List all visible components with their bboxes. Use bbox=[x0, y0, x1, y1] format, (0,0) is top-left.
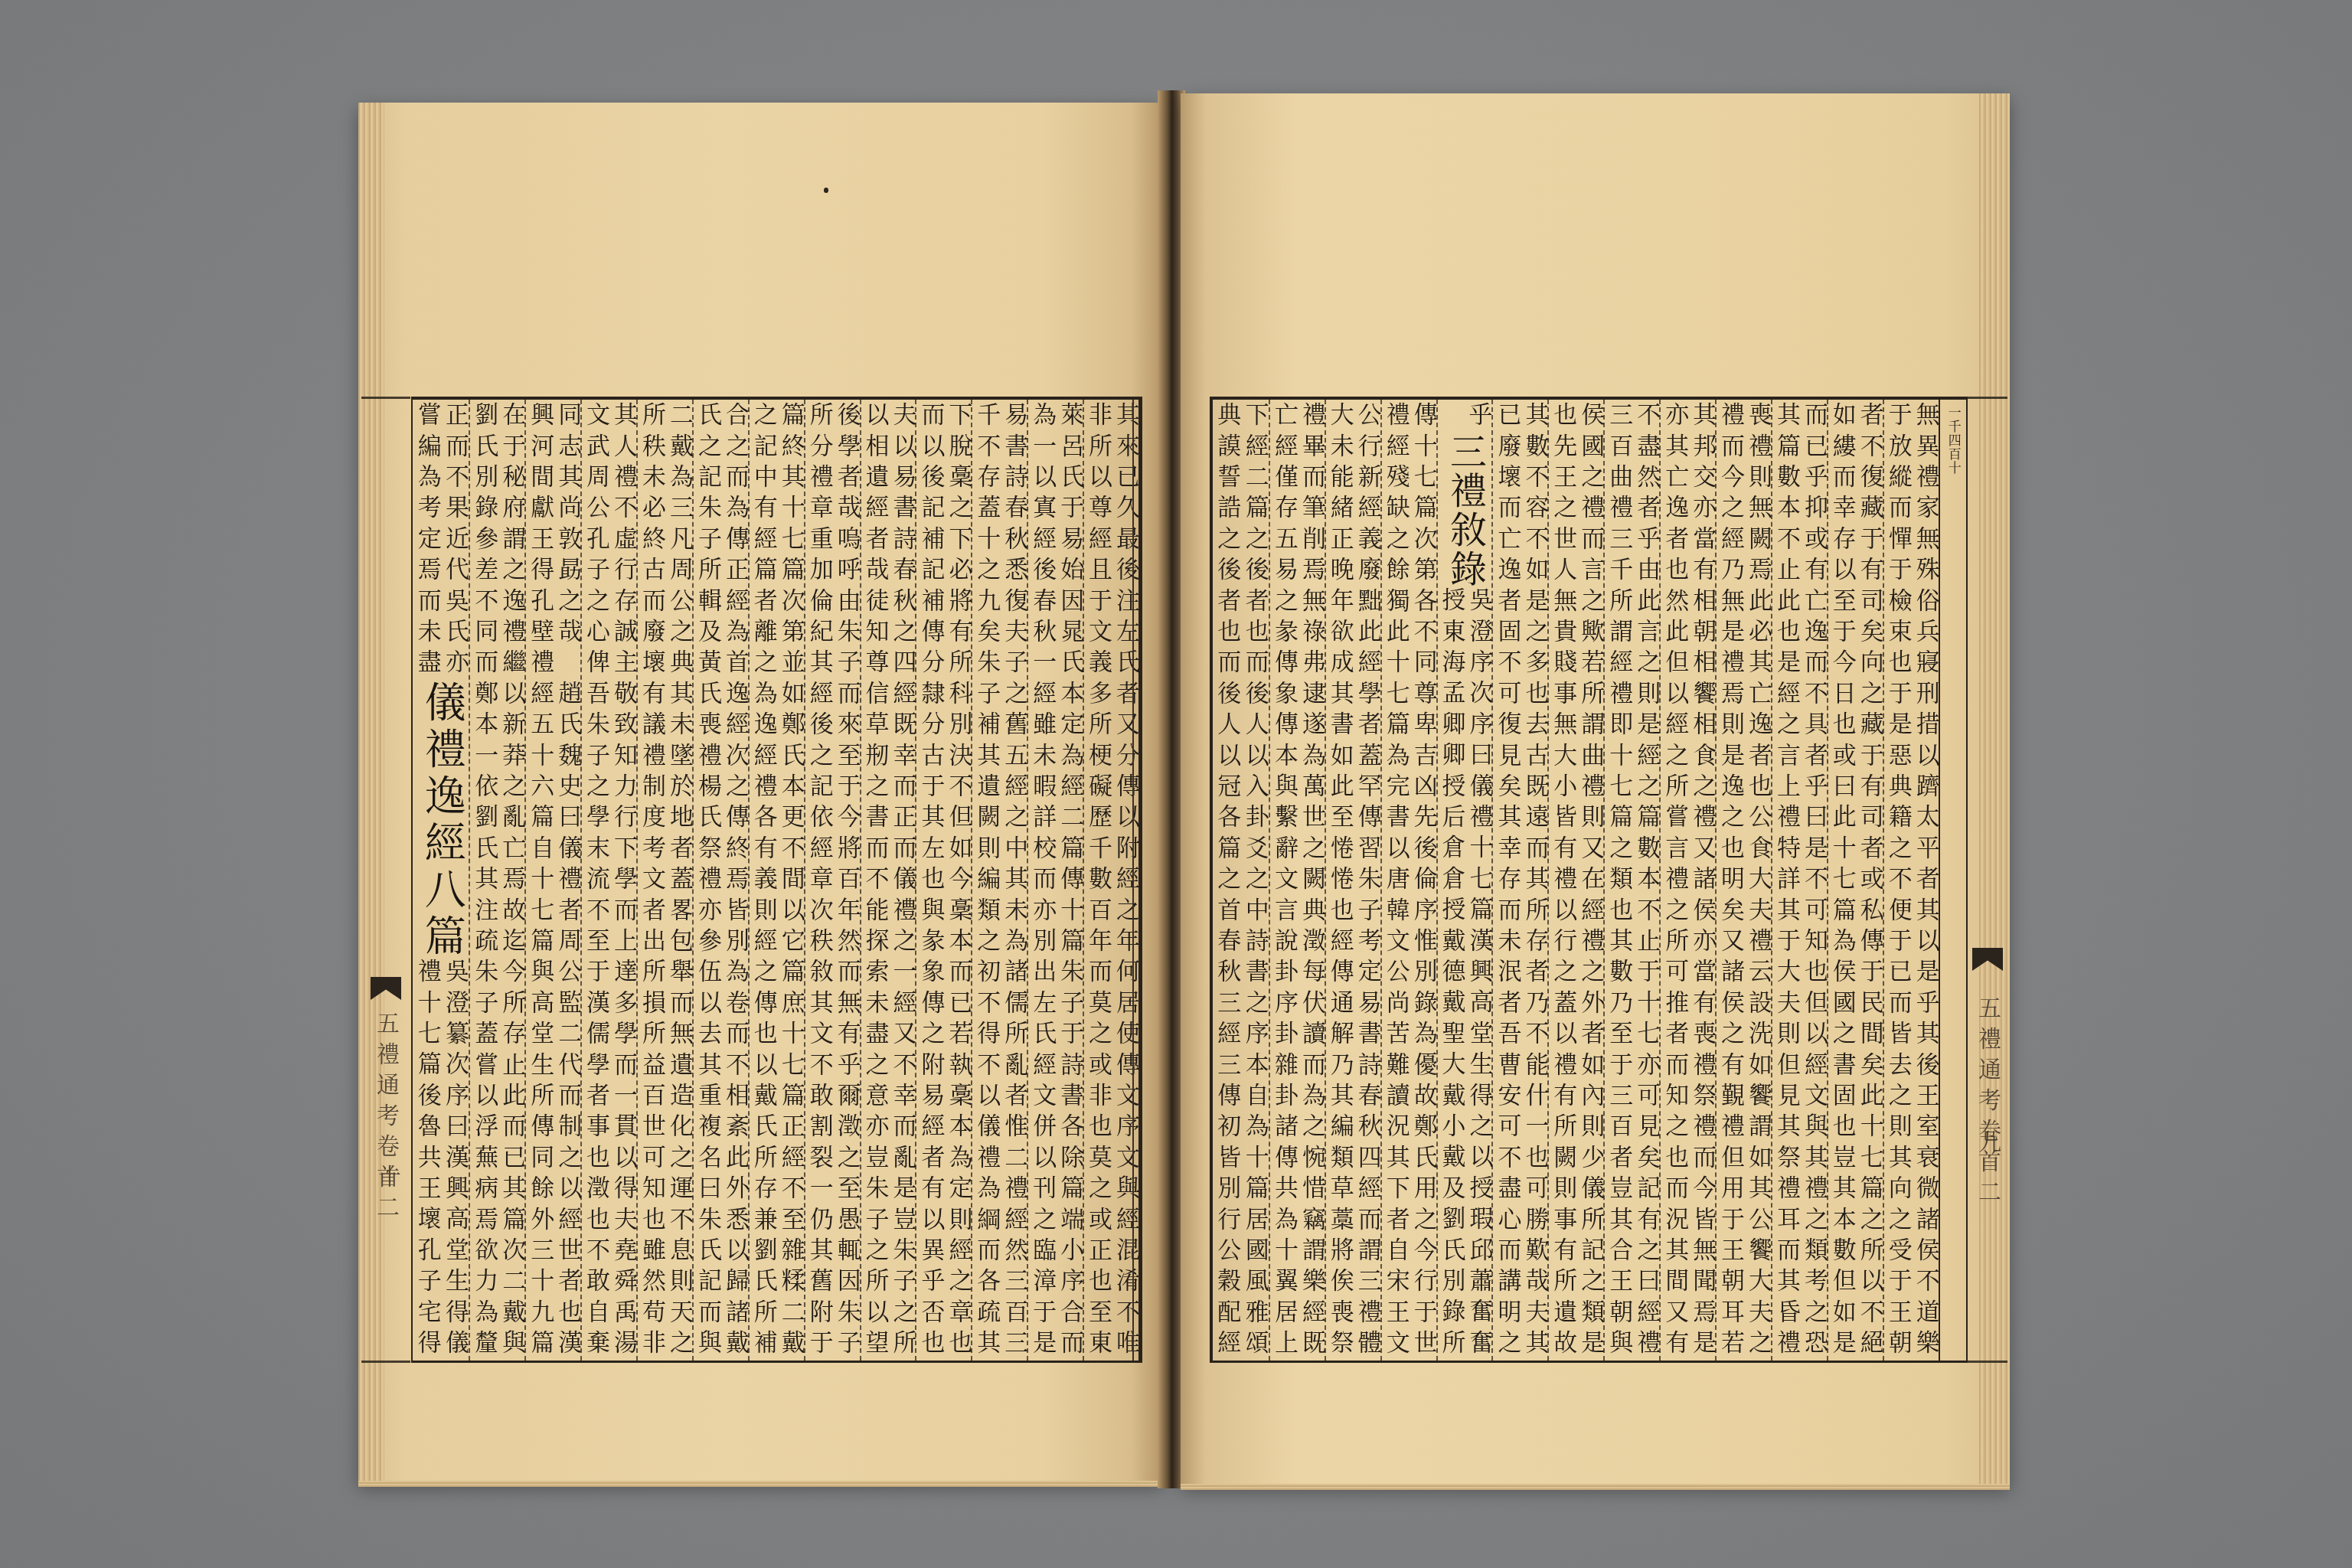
text-line: 而以後記補記補傳分隸分古于其左也與彖象傳之附易經者有以異乎否也 bbox=[916, 402, 944, 1361]
text-line bbox=[1438, 402, 1465, 433]
text-line: 其篇數本不止此也是經之言上禮特詳其于大夫則但見其祭禮耳而其昏禮 bbox=[1772, 402, 1800, 1361]
text-line: 篇終其十七篇次第並如鄭氏本更不間以它篇庶十七篇正經不至雜糅二戴 bbox=[777, 402, 805, 1361]
preceding-text: 正而不果近代吳氏亦 嘗編為考定焉而未盡 bbox=[413, 402, 469, 681]
text-line: 傳十七篇次第各不同尊卑吉凶先後倫序惟別錄為優故鄭氏用之今行于世 bbox=[1410, 402, 1437, 1361]
text-line: 興河間獻王得孔壁禮經五十六篇自十七篇與高堂生所傳同餘外三十九篇 bbox=[526, 402, 554, 1361]
text-column: 同志其尚敦勗之哉 趙氏魏史曰儀禮者周公監二代而制之以經世者也漢 興河間獻王得孔壁… bbox=[524, 400, 580, 1361]
folio-number: 十 bbox=[374, 1165, 400, 1187]
text-line: 其邦交亦當有相朝相饗相食之禮又諸侯亦當有喪禮祭禮而今皆無聞焉是 bbox=[1688, 402, 1716, 1361]
heading-column: 正而不果近代吳氏亦 嘗編為考定焉而未盡 儀禮逸經八篇 吳澄纂次序曰漢興高堂生得儀… bbox=[413, 400, 469, 1361]
text-column: 喪禮則無闕焉此必其亡逸者也公食大夫禮云設洗如饗謂如其公饗大夫之 禮而今之經乃無是… bbox=[1715, 400, 1771, 1361]
text-line: 以相遺經者哉徒知尊信草剏之書而不能探索未盡之意亦豈朱子之所以望 bbox=[861, 402, 889, 1361]
fold-margin: 五禮通考卷首二 九 bbox=[1968, 397, 2007, 1363]
text-column: 而已乎抑或有亡逸而不具者乎曰是不可知也但以經文與其禮之類考之恐 其篇數本不止此也… bbox=[1771, 400, 1827, 1361]
running-title: 五禮通考卷首二 bbox=[372, 1011, 398, 1226]
text-line: 禮經殘缺之餘獨此十七篇為完書以唐韓文公尚苦難讀況其下者自宋王文 bbox=[1382, 402, 1410, 1361]
text-column: 其邦交亦當有相朝相饗相食之禮又諸侯亦當有喪禮祭禮而今皆無聞焉是 亦其亡逸者也然此… bbox=[1659, 400, 1715, 1361]
text-column: 篇終其十七篇次第並如鄭氏本更不間以它篇庶十七篇正經不至雜糅二戴 之記中有經篇者離… bbox=[748, 400, 804, 1361]
text-line: 為一以寘經後春秋一經雖未暇詳校而亦別出左氏經文併以刊之臨漳于是 bbox=[1028, 402, 1056, 1361]
text-line: 易書詩春秋悉復夫子之舊五經之中其未為諸儒所亂者惟二禮經然三百三 bbox=[1000, 402, 1027, 1361]
text-line: 已廢壞而亡逸者固不可復見矣其幸存而未泯者吾曹安可不盡心而講明之 bbox=[1493, 402, 1521, 1361]
annotation-line: 禮十七篇後魯共王壞孔子宅得 bbox=[413, 959, 441, 1361]
text-line: 亡經僅存五易之彖傳象傳本與繫辭文言說卦序卦雜卦諸傳共為十翼居上 bbox=[1270, 402, 1298, 1361]
fold-margin: 五禮通考卷首二 十 bbox=[361, 397, 410, 1363]
folio-number: 九 bbox=[1974, 1130, 2000, 1153]
text-line: 在于秘府謂之逸禮繼以新莽之亂亡焉故迄今所存止此而已其篇次二戴與 bbox=[498, 402, 525, 1361]
text-line: 劉氏別錄參差不同而鄭本一依劉氏其注疏朱子蓋嘗以浮蕪病焉欲力為釐 bbox=[470, 402, 498, 1361]
margin-column: 一千四百十 bbox=[1939, 400, 1966, 1361]
text-line: 文武周公孔子之心俾吾朱子之學末流不至于漢儒學者事也澂也不敢自棄 bbox=[582, 402, 609, 1361]
text-line: 如縷而幸存以至于今日也或曰此十七篇為侯國之書固也豈其本數但如是 bbox=[1828, 402, 1856, 1361]
text-column: 侯國之禮而言之歟若所謂曲禮則又在經禮之外者如內則少儀所記之類是 也先王之世人無貴… bbox=[1547, 400, 1603, 1361]
text-column: 夫以易書詩春秋之四經既幸而正而儀禮之一經又不幸而亂是豈朱子之所 以相遺經者哉徒知… bbox=[860, 400, 916, 1361]
text-column: 無異禮家無殊俗兵寢刑措以躋太平者其以是乎其後王室衰微諸侯不道樂 于放縱而憚于檢束… bbox=[1883, 400, 1939, 1361]
text-line: 者不復藏于有司矣向之藏于有司者或私傳于民間矣此十七篇之所以不絕 bbox=[1856, 402, 1883, 1361]
text-line: 非所以尊經且于文義多所梗礙歷千數百年而莫之或非也莫之或正也至東 bbox=[1084, 402, 1112, 1361]
text-frame: 其來已久最後注左氏者又分傳以附經之年何居使傳文序文與經混淆不唯 非所以尊經且于文… bbox=[411, 397, 1142, 1363]
annotation-line: 吳澄序次序曰儀禮十七篇漢興高堂生得之以授瑕邱蕭奮奮 bbox=[1465, 587, 1493, 1361]
text-line: 下經二篇之後者也而後人以入卦爻之中詩書之序本自為十篇居國風雅頌 bbox=[1241, 402, 1269, 1361]
text-line: 萊呂氏于易始因晁氏本定為經二篇傳十篇朱子于詩書各除篇端小序合而 bbox=[1056, 402, 1083, 1361]
text-line: 其數不容不如是之多也去古既遠而其所存者乃不能什一也可勝歎哉夫其 bbox=[1521, 402, 1548, 1361]
text-line: 正而不果近代吳氏亦 bbox=[441, 402, 469, 681]
fishtail-mark-icon bbox=[1972, 948, 2003, 971]
text-line: 禮畢而筆削焉無祿弗逮遂為萬世之闕典澂每伏讀而為之惋惜竊謂樂經既 bbox=[1298, 402, 1325, 1361]
text-column: 禮畢而筆削焉無祿弗逮遂為萬世之闕典澂每伏讀而為之惋惜竊謂樂經既 亡經僅存五易之彖… bbox=[1269, 400, 1325, 1361]
section-heading: 三禮敘錄 bbox=[1438, 433, 1492, 587]
heading-annotation: 吳澄纂次序曰漢興高堂生得儀 禮十七篇後魯共王壞孔子宅得 bbox=[413, 959, 469, 1361]
annotation-line: 授東海孟卿卿授后倉倉授戴德戴聖大戴小戴及劉氏別錄所 bbox=[1438, 587, 1465, 1361]
text-column: 下經二篇之後者也而後人以入卦爻之中詩書之序本自為十篇居國風雅頌 典謨誓誥之後者也… bbox=[1213, 400, 1269, 1361]
text-line: 乎 bbox=[1464, 402, 1491, 433]
text-line: 也先王之世人無貴賤事無大小皆有禮以行之蓋以禮有所闕則事有所遺故 bbox=[1549, 402, 1576, 1361]
text-line: 所秩未必終古而廢壞有議禮制度考文者出所損所益百世可知也雖然苟非 bbox=[638, 402, 665, 1361]
text-line: 合之而為傳正經為首逸經次之傳終焉皆別為卷而不相紊此外悉以歸諸戴 bbox=[721, 402, 749, 1361]
text-line: 喪禮則無闕焉此必其亡逸者也公食大夫禮云設洗如饗謂如其公饗大夫之 bbox=[1744, 402, 1772, 1361]
annotation-line: 吳澄纂次序曰漢興高堂生得儀 bbox=[441, 959, 469, 1361]
text-line: 公行新經義廢黜此經學者蓋罕傳習朱子考定易書詩春秋四經而謂三禮體 bbox=[1354, 402, 1381, 1361]
text-line: 而已乎抑或有亡逸而不具者乎曰是不可知也但以經文與其禮之類考之恐 bbox=[1800, 402, 1828, 1361]
preceding-text: 乎 bbox=[1438, 402, 1492, 433]
text-column: 其來已久最後注左氏者又分傳以附經之年何居使傳文序文與經混淆不唯 非所以尊經且于文… bbox=[1083, 400, 1138, 1361]
text-line: 夫以易書詩春秋之四經既幸而正而儀禮之一經又不幸而亂是豈朱子之所 bbox=[889, 402, 916, 1361]
character-count-note: 一千四百十 bbox=[1945, 406, 1962, 1361]
text-line: 不盡然者乎由此言之則是經之篇數本不止于十七亦可見矣記有之曰經禮 bbox=[1632, 402, 1660, 1361]
book-photograph: 五禮通考卷首二 十 其來已久最後注左氏者又分傳以附經之年何居使傳文序文與經混淆不… bbox=[0, 0, 2352, 1568]
text-column: 在于秘府謂之逸禮繼以新莽之亂亡焉故迄今所存止此而已其篇次二戴與 劉氏別錄參差不同… bbox=[469, 400, 524, 1361]
text-line: 所分禮章重加倫紀其經後之記依經章次秩敘其文不敢割裂一仍其舊附于 bbox=[805, 402, 833, 1361]
text-column: 萊呂氏于易始因晁氏本定為經二篇傳十篇朱子于詩書各除篇端小序合而 為一以寘經後春秋… bbox=[1027, 400, 1083, 1361]
text-line: 于放縱而憚于檢束也于是惡典籍之不便于已而皆去之則其向之受于王朝 bbox=[1884, 402, 1912, 1361]
left-page: 五禮通考卷首二 十 其來已久最後注左氏者又分傳以附經之年何居使傳文序文與經混淆不… bbox=[358, 103, 1164, 1482]
page-bottom-edges bbox=[1181, 1484, 2010, 1490]
running-title: 五禮通考卷首二 bbox=[1974, 996, 2000, 1210]
text-line: 千不存蓋十之九矣朱子補其遺闕則編類之初不得不以儀禮為綱而各疏其 bbox=[972, 402, 1000, 1361]
text-column: 者不復藏于有司矣向之藏于有司者或私傳于民間矣此十七篇之所以不絕 如縷而幸存以至于… bbox=[1827, 400, 1883, 1361]
text-column: 其人禮不虛行存誠主敬致知力行下學而上達多學而一貫以得夫堯舜禹湯 文武周公孔子之心… bbox=[580, 400, 636, 1361]
text-line: 典謨誓誥之後者也而後人以冠各篇之首春秋三經三傳初皆別行公穀配經 bbox=[1213, 402, 1240, 1361]
text-line: 大未能緒正晚年欲成其書如此至惓惓也經傳通解乃其編類草藁將俟喪祭 bbox=[1326, 402, 1354, 1361]
text-column: 公行新經義廢黜此經學者蓋罕傳習朱子考定易書詩春秋四經而謂三禮體 大未能緒正晚年欲… bbox=[1325, 400, 1380, 1361]
text-line: 嘗編為考定焉而未盡 bbox=[413, 402, 441, 681]
text-line: 三百曲禮三千所謂經禮即十七篇之類也其數乃至于三百者豈其合王朝與 bbox=[1605, 402, 1632, 1361]
heading-column: 乎 三禮敘錄 吳澄序次序曰儀禮十七篇漢興高堂生得之以授瑕邱蕭奮奮 授東海孟卿卿授… bbox=[1436, 400, 1492, 1361]
heading-annotation: 吳澄序次序曰儀禮十七篇漢興高堂生得之以授瑕邱蕭奮奮 授東海孟卿卿授后倉倉授戴德戴… bbox=[1438, 587, 1492, 1361]
text-column: 二戴為三凡周公之典其未墜於地者蓋畧包舉而無遺造化之運不息則天之 所秩未必終古而廢… bbox=[636, 400, 692, 1361]
text-column: 下脫稾之下必將有所科別決不但如今稾本而已若執稾本為定則經之章也 而以後記補記補傳… bbox=[915, 400, 971, 1361]
text-column: 不盡然者乎由此言之則是經之篇數本不止于十七亦可見矣記有之曰經禮 三百曲禮三千所謂… bbox=[1603, 400, 1659, 1361]
text-line: 同志其尚敦勗之哉 趙氏魏史曰儀禮者周公監二代而制之以經世者也漢 bbox=[554, 402, 581, 1361]
text-line: 禮而今之經乃無是禮焉則是逸之也明矣又諸侯之有覲禮但用于王朝耳若 bbox=[1717, 402, 1744, 1361]
text-line: 二戴為三凡周公之典其未墜於地者蓋畧包舉而無遺造化之運不息則天之 bbox=[665, 402, 693, 1361]
text-line: 亦其亡逸者也然此但以經之所嘗言禮之所可推者而知之也而況其間又有 bbox=[1661, 402, 1688, 1361]
text-line: 侯國之禮而言之歟若所謂曲禮則又在經禮之外者如內則少儀所記之類是 bbox=[1576, 402, 1604, 1361]
text-line: 下脫稾之下必將有所科別決不但如今稾本而已若執稾本為定則經之章也 bbox=[944, 402, 972, 1361]
text-column: 易書詩春秋悉復夫子之舊五經之中其未為諸儒所亂者惟二禮經然三百三 千不存蓋十之九矣… bbox=[971, 400, 1027, 1361]
text-column: 其數不容不如是之多也去古既遠而其所存者乃不能什一也可勝歎哉夫其 已廢壞而亡逸者固… bbox=[1491, 400, 1547, 1361]
text-column: 合之而為傳正經為首逸經次之傳終焉皆別為卷而不相紊此外悉以歸諸戴 氏之記朱子所輯及… bbox=[692, 400, 748, 1361]
text-line: 其來已久最後注左氏者又分傳以附經之年何居使傳文序文與經混淆不唯 bbox=[1112, 402, 1139, 1361]
text-line: 無異禮家無殊俗兵寢刑措以躋太平者其以是乎其後王室衰微諸侯不道樂 bbox=[1912, 402, 1939, 1361]
text-line: 後學者哉嗚呼由朱子而來至于今將百年然而無有乎爾澂之至愚輒因朱子 bbox=[833, 402, 861, 1361]
text-line: 氏之記朱子所輯及黃氏喪禮楊氏祭禮亦參伍以去其重複名曰朱氏記而與 bbox=[694, 402, 721, 1361]
text-line: 之記中有經篇者離之為逸經禮各有義則經之傳也以戴氏所存兼劉氏所補 bbox=[750, 402, 777, 1361]
text-column: 傳十七篇次第各不同尊卑吉凶先後倫序惟別錄為優故鄭氏用之今行于世 禮經殘缺之餘獨此… bbox=[1380, 400, 1436, 1361]
text-line: 其人禮不虛行存誠主敬致知力行下學而上達多學而一貫以得夫堯舜禹湯 bbox=[609, 402, 637, 1361]
section-heading: 儀禮逸經八篇 bbox=[413, 681, 469, 959]
ink-spot bbox=[824, 188, 828, 193]
text-column: 後學者哉嗚呼由朱子而來至于今將百年然而無有乎爾澂之至愚輒因朱子 所分禮章重加倫紀… bbox=[804, 400, 860, 1361]
text-frame: 一千四百十 無異禮家無殊俗兵寢刑措以躋太平者其以是乎其後王室衰微諸侯不道樂 于放… bbox=[1210, 397, 1968, 1363]
page-bottom-edges bbox=[358, 1481, 1164, 1487]
fishtail-mark-icon bbox=[371, 977, 401, 1000]
right-page: 五禮通考卷首二 九 一千四百十 無異禮家無殊俗兵寢刑措以躋太平者其以是乎其後王室… bbox=[1181, 93, 2010, 1485]
